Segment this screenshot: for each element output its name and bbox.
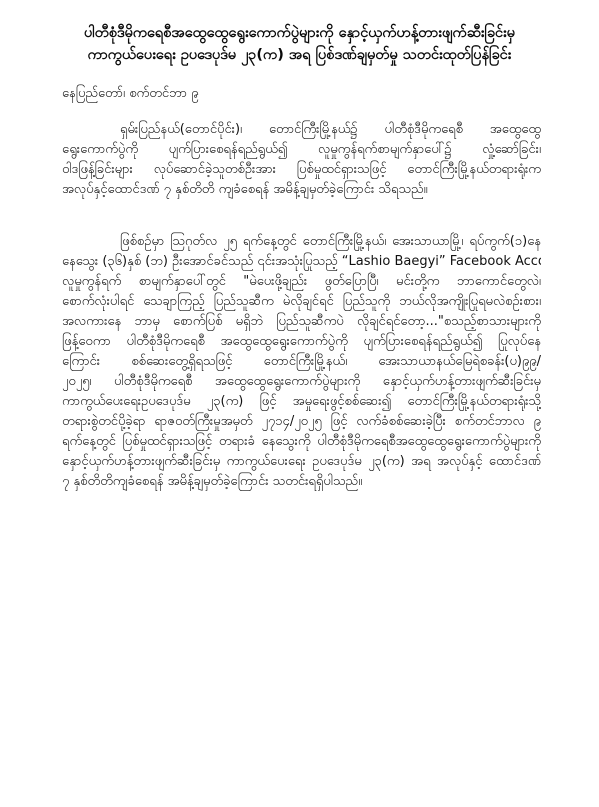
paragraph-line: စောက်လုံးပါရင် သေချာကြည့် ပြည်သူဆီက မဲလိ… (62, 292, 541, 312)
paragraph-line: လူမှုကွန်ရက် စာမျက်နှာပေါ်တွင် "မဲပေးဖို… (62, 272, 541, 292)
paragraph-line: တရားစွဲတင်ပို့ခဲ့ရာ ရာဇဝတ်ကြီးမှုအမှတ် ၂… (62, 412, 541, 432)
paragraph-line: ကြောင်း စစ်ဆေးတွေ့ရှိရသဖြင့် တောင်ကြီးမြ… (62, 352, 541, 372)
dateline: နေပြည်တော်၊ စက်တင်ဘာ ၉ (62, 84, 198, 104)
paragraph-line: ၂၀၂၅၊ ပါတီစုံဒီမိုကရေစီ အထွေထွေရွေးကောက်… (62, 372, 541, 392)
paragraph-2: ဖြစ်စဉ်မှာ ဩဂုတ်လ ၂၅ ရက်နေ့တွင် တောင်ကြီ… (62, 232, 541, 492)
paragraph-line: နှောင့်ယှက်ဟန့်တားဖျက်ဆီးခြင်းမှ ကာကွယ်ပ… (62, 452, 541, 472)
title-line: ပါတီစုံဒီမိုကရေစီအထွေထွေရွေးကောက်ပွဲများ… (40, 22, 559, 44)
paragraph-line: ရက်နေ့တွင် ပြစ်မှုထင်ရှားသဖြင့် တရားခံ န… (62, 432, 541, 452)
paragraph-line: ဝါဒဖြန့်ခြင်းများ လုပ်ဆောင်ခဲ့သူတစ်ဦးအား… (62, 160, 541, 180)
paragraph-line: အလုပ်နှင့်ထောင်ဒဏ် ၇ နှစ်တိတိ ကျခံစေရန် … (62, 180, 541, 200)
paragraph-line: ရွေးကောက်ပွဲကို ပျက်ပြားစေရန်ရည်ရွယ်၍ လူ… (62, 140, 541, 160)
paragraph-line: ကာကွယ်ပေးရေးဥပဒေပုဒ်မ ၂၃(က) ဖြင့် အမှုရေ… (62, 392, 541, 412)
document-page: ပါတီစုံဒီမိုကရေစီအထွေထွေရွေးကောက်ပွဲများ… (0, 0, 599, 807)
paragraph-1: ရှမ်းပြည်နယ်(တောင်ပိုင်း)၊ တောင်ကြီးမြို… (62, 120, 541, 200)
paragraph-line: အလကားနေ ဘာမှ စောက်ပြစ် မရှိဘဲ ပြည်သူဆီကပ… (62, 312, 541, 332)
paragraph-line: ၇ နှစ်တိတိကျခံစေရန် အမိန့်ချမှတ်ခဲ့ကြောင… (62, 472, 541, 492)
paragraph-line: ဖြန့်ဝေကာ ပါတီစုံဒီမိုကရေစီ အထွေထွေရွေးက… (62, 332, 541, 352)
document-title: ပါတီစုံဒီမိုကရေစီအထွေထွေရွေးကောက်ပွဲများ… (40, 22, 559, 66)
paragraph-line: ဖြစ်စဉ်မှာ ဩဂုတ်လ ၂၅ ရက်နေ့တွင် တောင်ကြီ… (62, 232, 541, 252)
paragraph-line: ရှမ်းပြည်နယ်(တောင်ပိုင်း)၊ တောင်ကြီးမြို… (62, 120, 541, 140)
title-line: ကာကွယ်ပေးရေး ဥပဒေပုဒ်မ ၂၃(က) အရ ပြစ်ဒဏ်ခ… (40, 44, 559, 66)
paragraph-line: နေသွေး (၃၆)နှစ် (ဘ) ဦးအောင်ခင်သည် ၎င်းအသ… (62, 252, 541, 272)
